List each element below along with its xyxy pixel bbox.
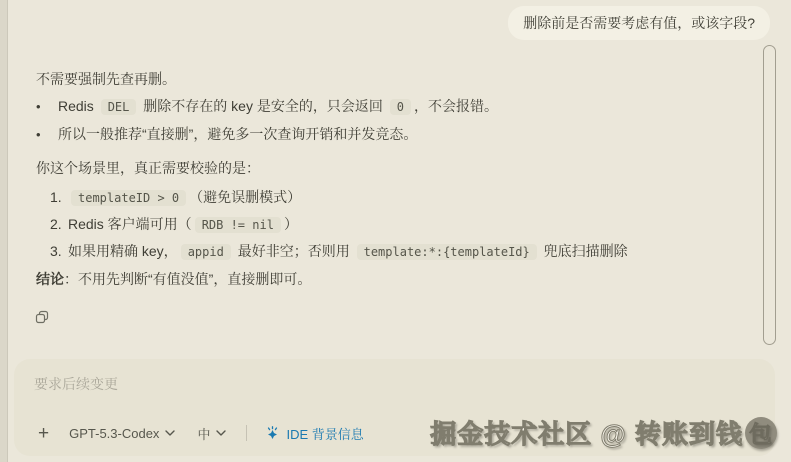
list-text: Redis 客户端可用（RDB != nil） bbox=[68, 216, 298, 234]
conclusion-label: 结论 bbox=[36, 271, 64, 287]
text-segment: ） bbox=[284, 216, 298, 232]
watermark-text: 掘金技术社区 @ 转账到钱 bbox=[430, 414, 743, 451]
bullet-marker: • bbox=[36, 126, 58, 143]
ide-context-button[interactable]: IDE 背景信息 bbox=[261, 422, 367, 445]
inline-code: DEL bbox=[101, 99, 137, 115]
list-item: 3. 如果用精确 key，appid 最好非空；否则用 template:*:{… bbox=[50, 243, 736, 261]
list-item: • Redis DEL 删除不存在的 key 是安全的，只会返回 0，不会报错。 bbox=[36, 98, 736, 116]
text-segment: ，不会报错。 bbox=[414, 98, 498, 114]
list-number: 1. bbox=[50, 189, 68, 206]
list-number: 3. bbox=[50, 243, 68, 260]
model-selector[interactable]: GPT-5.3-Codex bbox=[63, 424, 181, 443]
text-segment: 如果用精确 key， bbox=[68, 243, 178, 259]
toolbar-divider bbox=[246, 425, 247, 441]
effort-selector[interactable]: 中 bbox=[191, 422, 232, 445]
copy-icon bbox=[35, 310, 49, 324]
list-text: templateID > 0（避免误删模式） bbox=[68, 189, 301, 207]
conclusion: 结论：不用先判断“有值没值”，直接删即可。 bbox=[36, 271, 736, 288]
list-item: 1. templateID > 0（避免误删模式） bbox=[50, 189, 736, 207]
watermark: 掘金技术社区 @ 转账到钱 包 bbox=[430, 414, 777, 451]
numbered-list: 1. templateID > 0（避免误删模式） 2. Redis 客户端可用… bbox=[50, 189, 736, 261]
chevron-down-icon bbox=[165, 430, 175, 436]
list-item: 2. Redis 客户端可用（RDB != nil） bbox=[50, 216, 736, 234]
bullet-list: • Redis DEL 删除不存在的 key 是安全的，只会返回 0，不会报错。… bbox=[36, 98, 736, 143]
copy-button[interactable] bbox=[33, 308, 51, 326]
inline-code: appid bbox=[181, 244, 231, 260]
text-segment: 删除不存在的 key 是安全的，只会返回 bbox=[139, 98, 386, 114]
conclusion-text: ：不用先判断“有值没值”，直接删即可。 bbox=[64, 271, 311, 287]
bullet-marker: • bbox=[36, 98, 58, 115]
inline-code: templateID > 0 bbox=[71, 190, 186, 206]
text-segment: Redis bbox=[58, 98, 98, 114]
chevron-down-icon bbox=[216, 430, 226, 436]
list-text: 如果用精确 key，appid 最好非空；否则用 template:*:{tem… bbox=[68, 243, 628, 261]
scrollbar[interactable] bbox=[763, 45, 776, 345]
assistant-intro: 不需要强制先查再删。 bbox=[36, 71, 736, 88]
chat-input[interactable] bbox=[14, 359, 775, 411]
text-segment: Redis 客户端可用（ bbox=[68, 216, 192, 232]
effort-selector-label: 中 bbox=[197, 424, 210, 443]
inline-code: template:*:{templateId} bbox=[357, 244, 537, 260]
model-selector-label: GPT-5.3-Codex bbox=[69, 426, 159, 441]
panel-edge bbox=[0, 0, 8, 462]
inline-code: RDB != nil bbox=[195, 217, 281, 233]
user-message-row: 删除前是否需要考虑有值，或该字段? bbox=[508, 6, 770, 40]
user-message-bubble: 删除前是否需要考虑有值，或该字段? bbox=[508, 6, 770, 40]
text-segment: 兜底扫描删除 bbox=[540, 243, 628, 259]
list-number: 2. bbox=[50, 216, 68, 233]
checklist-intro: 你这个场景里，真正需要校验的是： bbox=[36, 160, 736, 177]
text-segment: 最好非空；否则用 bbox=[234, 243, 354, 259]
composer-toolbar: + GPT-5.3-Codex 中 IDE 背景信息 bbox=[34, 421, 368, 445]
text-segment: （避免误删模式） bbox=[189, 189, 301, 205]
ide-context-label: IDE 背景信息 bbox=[286, 424, 363, 443]
add-attachment-button[interactable]: + bbox=[34, 424, 53, 443]
bullet-text: Redis DEL 删除不存在的 key 是安全的，只会返回 0，不会报错。 bbox=[58, 98, 498, 116]
list-item: • 所以一般推荐“直接删”，避免多一次查询开销和并发竞态。 bbox=[36, 126, 736, 143]
inline-code: 0 bbox=[390, 99, 411, 115]
bullet-text: 所以一般推荐“直接删”，避免多一次查询开销和并发竞态。 bbox=[58, 126, 417, 143]
assistant-message: 不需要强制先查再删。 • Redis DEL 删除不存在的 key 是安全的，只… bbox=[36, 71, 736, 288]
sparkle-icon bbox=[265, 426, 280, 441]
watermark-badge: 包 bbox=[745, 417, 777, 449]
text-segment: 所以一般推荐“直接删”，避免多一次查询开销和并发竞态。 bbox=[58, 126, 417, 142]
